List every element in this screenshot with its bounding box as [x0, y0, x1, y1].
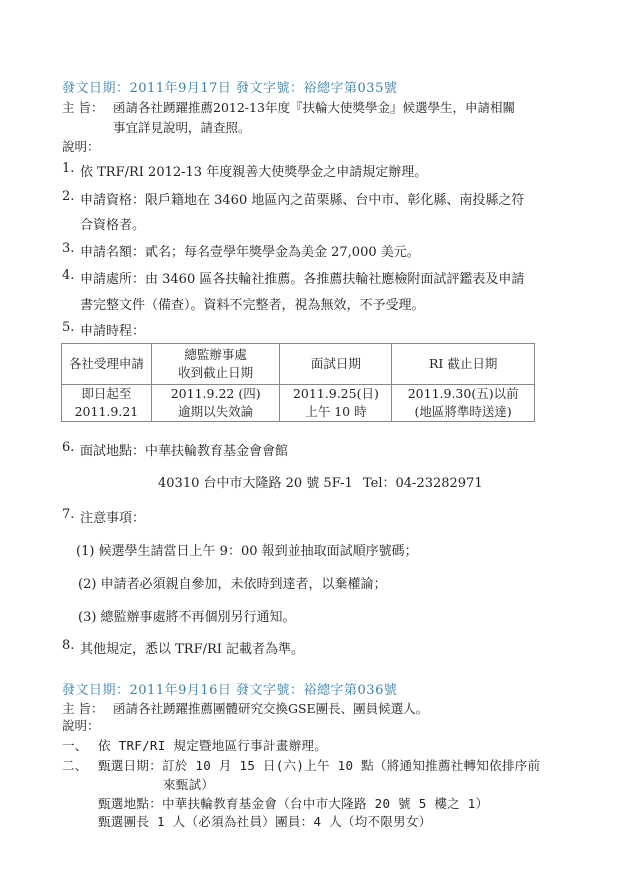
schedule-header-cell: 總監辦事處 收到截止日期	[151, 344, 280, 385]
venue-tel: Tel：04-23282971	[363, 472, 483, 491]
doc1-subject-line1: 函請各社踴躍推薦2012-13年度『扶輪大使獎學金』候選學生，申請相關	[113, 98, 515, 116]
doc2-explain-label: 說明：	[62, 716, 100, 734]
doc2-item-1-num: 一、	[62, 736, 88, 754]
doc1-item-3-text: 申請名額：貳名；每名壹學年獎學金為美金 27,000 美元。	[80, 241, 420, 260]
venue-address: 40310 台中市大隆路 20 號 5F-1	[158, 472, 353, 491]
doc2-venue-line: 甄選地點：中華扶輪教育基金會（台中市大隆路 20 號 5 樓之 1）	[98, 794, 488, 812]
note-3: (3) 總監辦事處將不再個別另行通知。	[78, 606, 296, 625]
doc1-subject-line2: 事宜詳見說明，請查照。	[113, 118, 251, 136]
schedule-header-cell: 各社受理申請	[62, 344, 152, 385]
doc1-item-5-text: 申請時程：	[80, 320, 145, 339]
doc2-item-2-num: 二、	[62, 756, 88, 774]
doc1-item-8-text: 其他規定，悉以 TRF/RI 記載者為準。	[80, 638, 304, 657]
doc1-item-5-num: 5.	[62, 320, 74, 335]
schedule-data-row: 即日起至 2011.9.21 2011.9.22 (四) 逾期以失效論 2011…	[62, 385, 535, 422]
doc2-item-2-text: 甄選日期：訂於 10 月 15 日(六)上午 10 點（將通知推薦社轉知依排序前	[98, 756, 540, 774]
doc1-item-7-text: 注意事項：	[80, 507, 145, 526]
doc1-item-6-text: 面試地點：中華扶輪教育基金會會館	[80, 440, 288, 459]
doc2-item-2-cont: 來甄試）	[163, 775, 214, 793]
doc1-heading: 發文日期：2011年9月17日 發文字號：裕總字第035號	[62, 77, 397, 96]
doc2-subject-label: 主 旨：	[62, 699, 103, 717]
schedule-cell: 2011.9.25(日) 上午 10 時	[280, 385, 392, 422]
doc1-item-2-num: 2.	[62, 189, 74, 204]
schedule-cell: 2011.9.22 (四) 逾期以失效論	[151, 385, 280, 422]
schedule-header-cell: 面試日期	[280, 344, 392, 385]
doc2-item-1-text: 依 TRF/RI 規定暨地區行事計畫辦理。	[98, 736, 327, 754]
schedule-cell: 即日起至 2011.9.21	[62, 385, 152, 422]
doc1-explain-label: 說明：	[62, 137, 100, 155]
doc2-heading: 發文日期：2011年9月16日 發文字號：裕總字第036號	[62, 679, 397, 698]
doc1-item-4-cont: 書完整文件（備查）。資料不完整者，視為無效，不予受理。	[80, 294, 425, 313]
doc1-item-3-num: 3.	[62, 241, 74, 256]
schedule-table: 各社受理申請 總監辦事處 收到截止日期 面試日期 RI 截止日期 即日起至 20…	[61, 343, 535, 422]
doc1-item-4-text: 申請處所：由 3460 區各扶輪社推薦。各推薦扶輪社應檢附面試評鑑表及申請	[80, 268, 524, 287]
doc1-item-8-num: 8.	[62, 638, 74, 653]
doc1-item-2-cont: 合資格者。	[80, 214, 145, 233]
note-2: (2) 申請者必須親自參加，未依時到達者，以棄權論；	[78, 573, 387, 592]
doc2-subject-line1: 函請各社踴躍推薦團體研究交換GSE團長、團員候選人。	[113, 699, 428, 717]
schedule-header-cell: RI 截止日期	[392, 344, 535, 385]
note-1: (1) 候選學生請當日上午 9：00 報到並抽取面試順序號碼；	[76, 540, 418, 559]
doc1-item-4-num: 4.	[62, 268, 74, 283]
doc1-item-1-text: 依 TRF/RI 2012-13 年度親善大使獎學金之申請規定辦理。	[80, 161, 427, 180]
doc1-item-1-num: 1.	[62, 161, 74, 176]
doc2-quota-line: 甄選團長 1 人（必須為社員）團員：4 人（均不限男女）	[98, 812, 432, 830]
doc1-item-2-text: 申請資格：限戶籍地在 3460 地區內之苗栗縣、台中市、彰化縣、南投縣之符	[80, 189, 524, 208]
doc1-item-7-num: 7.	[62, 507, 74, 522]
doc1-subject-label: 主 旨：	[62, 98, 103, 116]
doc1-item-6-num: 6.	[62, 440, 74, 455]
schedule-cell: 2011.9.30(五)以前 (地區將準時送達)	[392, 385, 535, 422]
schedule-header-row: 各社受理申請 總監辦事處 收到截止日期 面試日期 RI 截止日期	[62, 344, 535, 385]
